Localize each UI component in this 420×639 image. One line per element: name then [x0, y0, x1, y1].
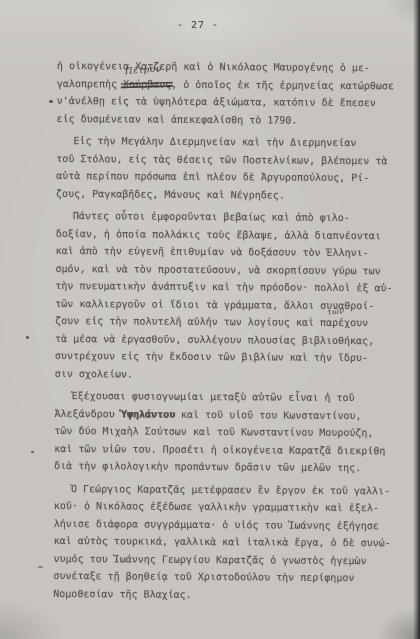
text-segment: Εἰς τὴν Μεγάλην Διερμηνείαν καὶ τὴν Διερ… [73, 136, 356, 149]
text-segment: Ὁ Γεώργιος Καρατζᾶς μετέφρασεν ἓν ἔργον … [71, 484, 390, 497]
document-text: ἡ οἰκογένεια Χατζερῆ καὶ ὁ Νικόλαος Μαυρ… [53, 58, 409, 605]
text-line: συντρέχουν εἰς τὴν ἔκδοσιν τῶν βιβλίων κ… [55, 348, 407, 368]
text-segment: καὶ τῶν υἱῶν του. Προσέτι ἡ οἰκογένεια Κ… [54, 443, 385, 456]
text-segment: καὶ τοῦ υἱοῦ του Κωνσταντίνου, [175, 409, 362, 421]
text-segment: αὐτὰ περίπου πρόσωπα ἐπὶ πλέον δὲ Ἀργυρο… [56, 171, 369, 184]
paragraph: ἡ οἰκογένεια Χατζερῆ καὶ ὁ Νικόλαος Μαυρ… [57, 58, 409, 130]
text-segment: κοῦ· ὁ Νικόλαος ἐξέδωσε γαλλικὴν γραμματ… [54, 501, 379, 514]
scan-speck [26, 336, 29, 339]
annotated-segment: τῶνπαρέχουν [320, 315, 368, 333]
text-line: διὰ τὴν φιλολογικὴν προπάντων δρᾶσιν τῶν… [54, 458, 406, 478]
scan-speck [49, 100, 53, 103]
handwritten-annotation: τῶν [327, 306, 345, 316]
paragraph: Εἰς τὴν Μεγάλην Διερμηνείαν καὶ τὴν Διερ… [56, 133, 408, 205]
text-segment: συνέταξε τῇ βοηθείᾳ τοῦ Χριστοδούλου τὴν… [53, 571, 354, 584]
text-line: Πάντες οὗτοι ἐμφοροῦνται βεβαίως καὶ ἀπὸ… [56, 208, 408, 228]
scan-speck [38, 566, 43, 568]
text-segment: γαλοπρεπὴς [57, 78, 123, 89]
text-line: Νομοθεσίαν τῆς Βλαχίας. [53, 585, 405, 605]
text-segment: καὶ ἀπὸ τὴν εὐγενῆ ἐπιθυμίαν νὰ δοξάσουν… [56, 246, 369, 259]
paragraph: Ἐξέχουσαι φυσιογνωμίαι μεταξὺ αὐτῶν εἶνα… [54, 388, 407, 478]
text-line: εἰς δυσμένειαν καὶ ἀπεκεφαλίσθη τὸ 1790. [57, 110, 409, 130]
text-line: ἡ οἰκογένεια Χατζερῆ καὶ ὁ Νικόλαος Μαυρ… [57, 58, 409, 78]
text-segment: ζουν εἰς τὴν πολυτελῆ αὐλήν των λογίους … [55, 316, 320, 329]
text-segment: Πάντες οὗτοι ἐμφοροῦνται βεβαίως καὶ ἀπὸ… [73, 211, 350, 224]
text-segment: νυμός του Ἰωάννης Γεωργίου Καρατζᾶς ὁ γν… [53, 553, 366, 566]
text-segment: τοῦ Στόλου, εἰς τὰς θέσεις τῶν Ποστελνίκ… [56, 153, 387, 166]
paragraph: Ὁ Γεώργιος Καρατζᾶς μετέφρασεν ἓν ἔργον … [53, 480, 406, 605]
text-segment: ἡ οἰκογένεια Χατζερῆ καὶ ὁ Νικόλαος Μαυρ… [57, 61, 370, 74]
annotated-segment: ΠέτρουΧούρβανς [123, 76, 171, 94]
text-segment: συντρέχουν εἰς τὴν ἔκδοσιν τῶν βιβλίων κ… [55, 351, 368, 364]
text-segment: Νομοθεσίαν τῆς Βλαχίας. [53, 588, 192, 600]
text-segment: διὰ τὴν φιλολογικὴν προπάντων δρᾶσιν τῶν… [54, 461, 361, 474]
text-segment: σμόν, καὶ νὰ τὸν προστατεύσουν, νὰ σκορπ… [55, 263, 380, 276]
text-line: καὶ αὐτὸς τουρκικά, γαλλικὰ καὶ ἰταλικὰ … [54, 533, 406, 553]
text-line: ζους, Ραγκαβῆδες, Μάνους καὶ Νέγρηδες. [56, 185, 408, 205]
text-line: Ἐξέχουσαι φυσιογνωμίαι μεταξὺ αὐτῶν εἶνα… [55, 388, 407, 408]
text-segment: Ὑψηλάντου [121, 409, 175, 420]
text-segment: τὰ μέσα νὰ ἐργασθοῦν, συλλέγουν πλουσίας… [55, 333, 374, 346]
paragraph: Πάντες οὗτοι ἐμφοροῦνται βεβαίως καὶ ἀπὸ… [55, 208, 408, 385]
text-segment: λήνισε διάφορα συγγράμματα· ὁ υἱός του Ἰ… [54, 518, 379, 531]
text-segment: Ἐξέχουσαι φυσιογνωμίαι μεταξὺ αὐτῶν εἶνα… [72, 391, 355, 404]
text-segment: , ὁ ὁποῖος ἐκ τῆς ἑρμηνείας κατώρθωσε [171, 79, 394, 92]
text-segment: εἰς δυσμένειαν καὶ ἀπεκεφαλίσθη τὸ 1790. [57, 113, 298, 126]
text-segment: καὶ αὐτὸς τουρκικά, γαλλικὰ καὶ ἰταλικὰ … [54, 536, 391, 549]
text-line: ζουν εἰς τὴν πολυτελῆ αὐλήν των λογίους … [55, 313, 407, 333]
text-segment: ζους, Ραγκαβῆδες, Μάνους καὶ Νέγρηδες. [56, 188, 285, 201]
text-segment: δοξίαν, ἡ ὁποία πολλάκις τοὺς ἔβλαψε, ἀλ… [56, 228, 381, 241]
text-line: κοῦ· ὁ Νικόλαος ἐξέδωσε γαλλικὴν γραμματ… [54, 498, 406, 518]
text-line: σιν σχολείων. [55, 365, 407, 385]
text-line: συνέταξε τῇ βοηθείᾳ τοῦ Χριστοδούλου τὴν… [53, 568, 405, 588]
text-segment: τῶν δύο Μιχαὴλ Σούτσων καὶ τοῦ Κωνσταντί… [54, 426, 373, 439]
scan-speck [31, 451, 34, 453]
text-segment: ν'ἀνέλθῃ εἰς τὰ ὑψηλότερα ἀξιώματα, κατό… [57, 96, 376, 109]
text-line: τῶν δύο Μιχαὴλ Σούτσων καὶ τοῦ Κωνσταντί… [54, 423, 406, 443]
text-line: Εἰς τὴν Μεγάλην Διερμηνείαν καὶ τὴν Διερ… [56, 133, 408, 153]
text-segment: σιν σχολείων. [55, 368, 133, 380]
text-segment: τὴν πνευματικὴν ἀνάπτυξιν καὶ τὴν πρόοδο… [55, 281, 392, 294]
text-line: καὶ ἀπὸ τὴν εὐγενῆ ἐπιθυμίαν νὰ δοξάσουν… [56, 243, 408, 263]
text-line: τὴν πνευματικὴν ἀνάπτυξιν καὶ τὴν πρόοδο… [55, 278, 407, 298]
text-segment: Ἀλεξάνδρου [54, 408, 120, 419]
text-line: ν'ἀνέλθῃ εἰς τὰ ὑψηλότερα ἀξιώματα, κατό… [57, 93, 409, 113]
text-segment: παρέχουν [320, 318, 368, 329]
page-number: - 27 - [0, 20, 396, 31]
scanned-page: - 27 - ἡ οἰκογένεια Χατζερῆ καὶ ὁ Νικόλα… [0, 0, 420, 639]
scan-edge-shadow [413, 0, 420, 639]
text-line: αὐτὰ περίπου πρόσωπα ἐπὶ πλέον δὲ Ἀργυρο… [56, 168, 408, 188]
struck-out-word: Χούρβανς [123, 76, 171, 94]
